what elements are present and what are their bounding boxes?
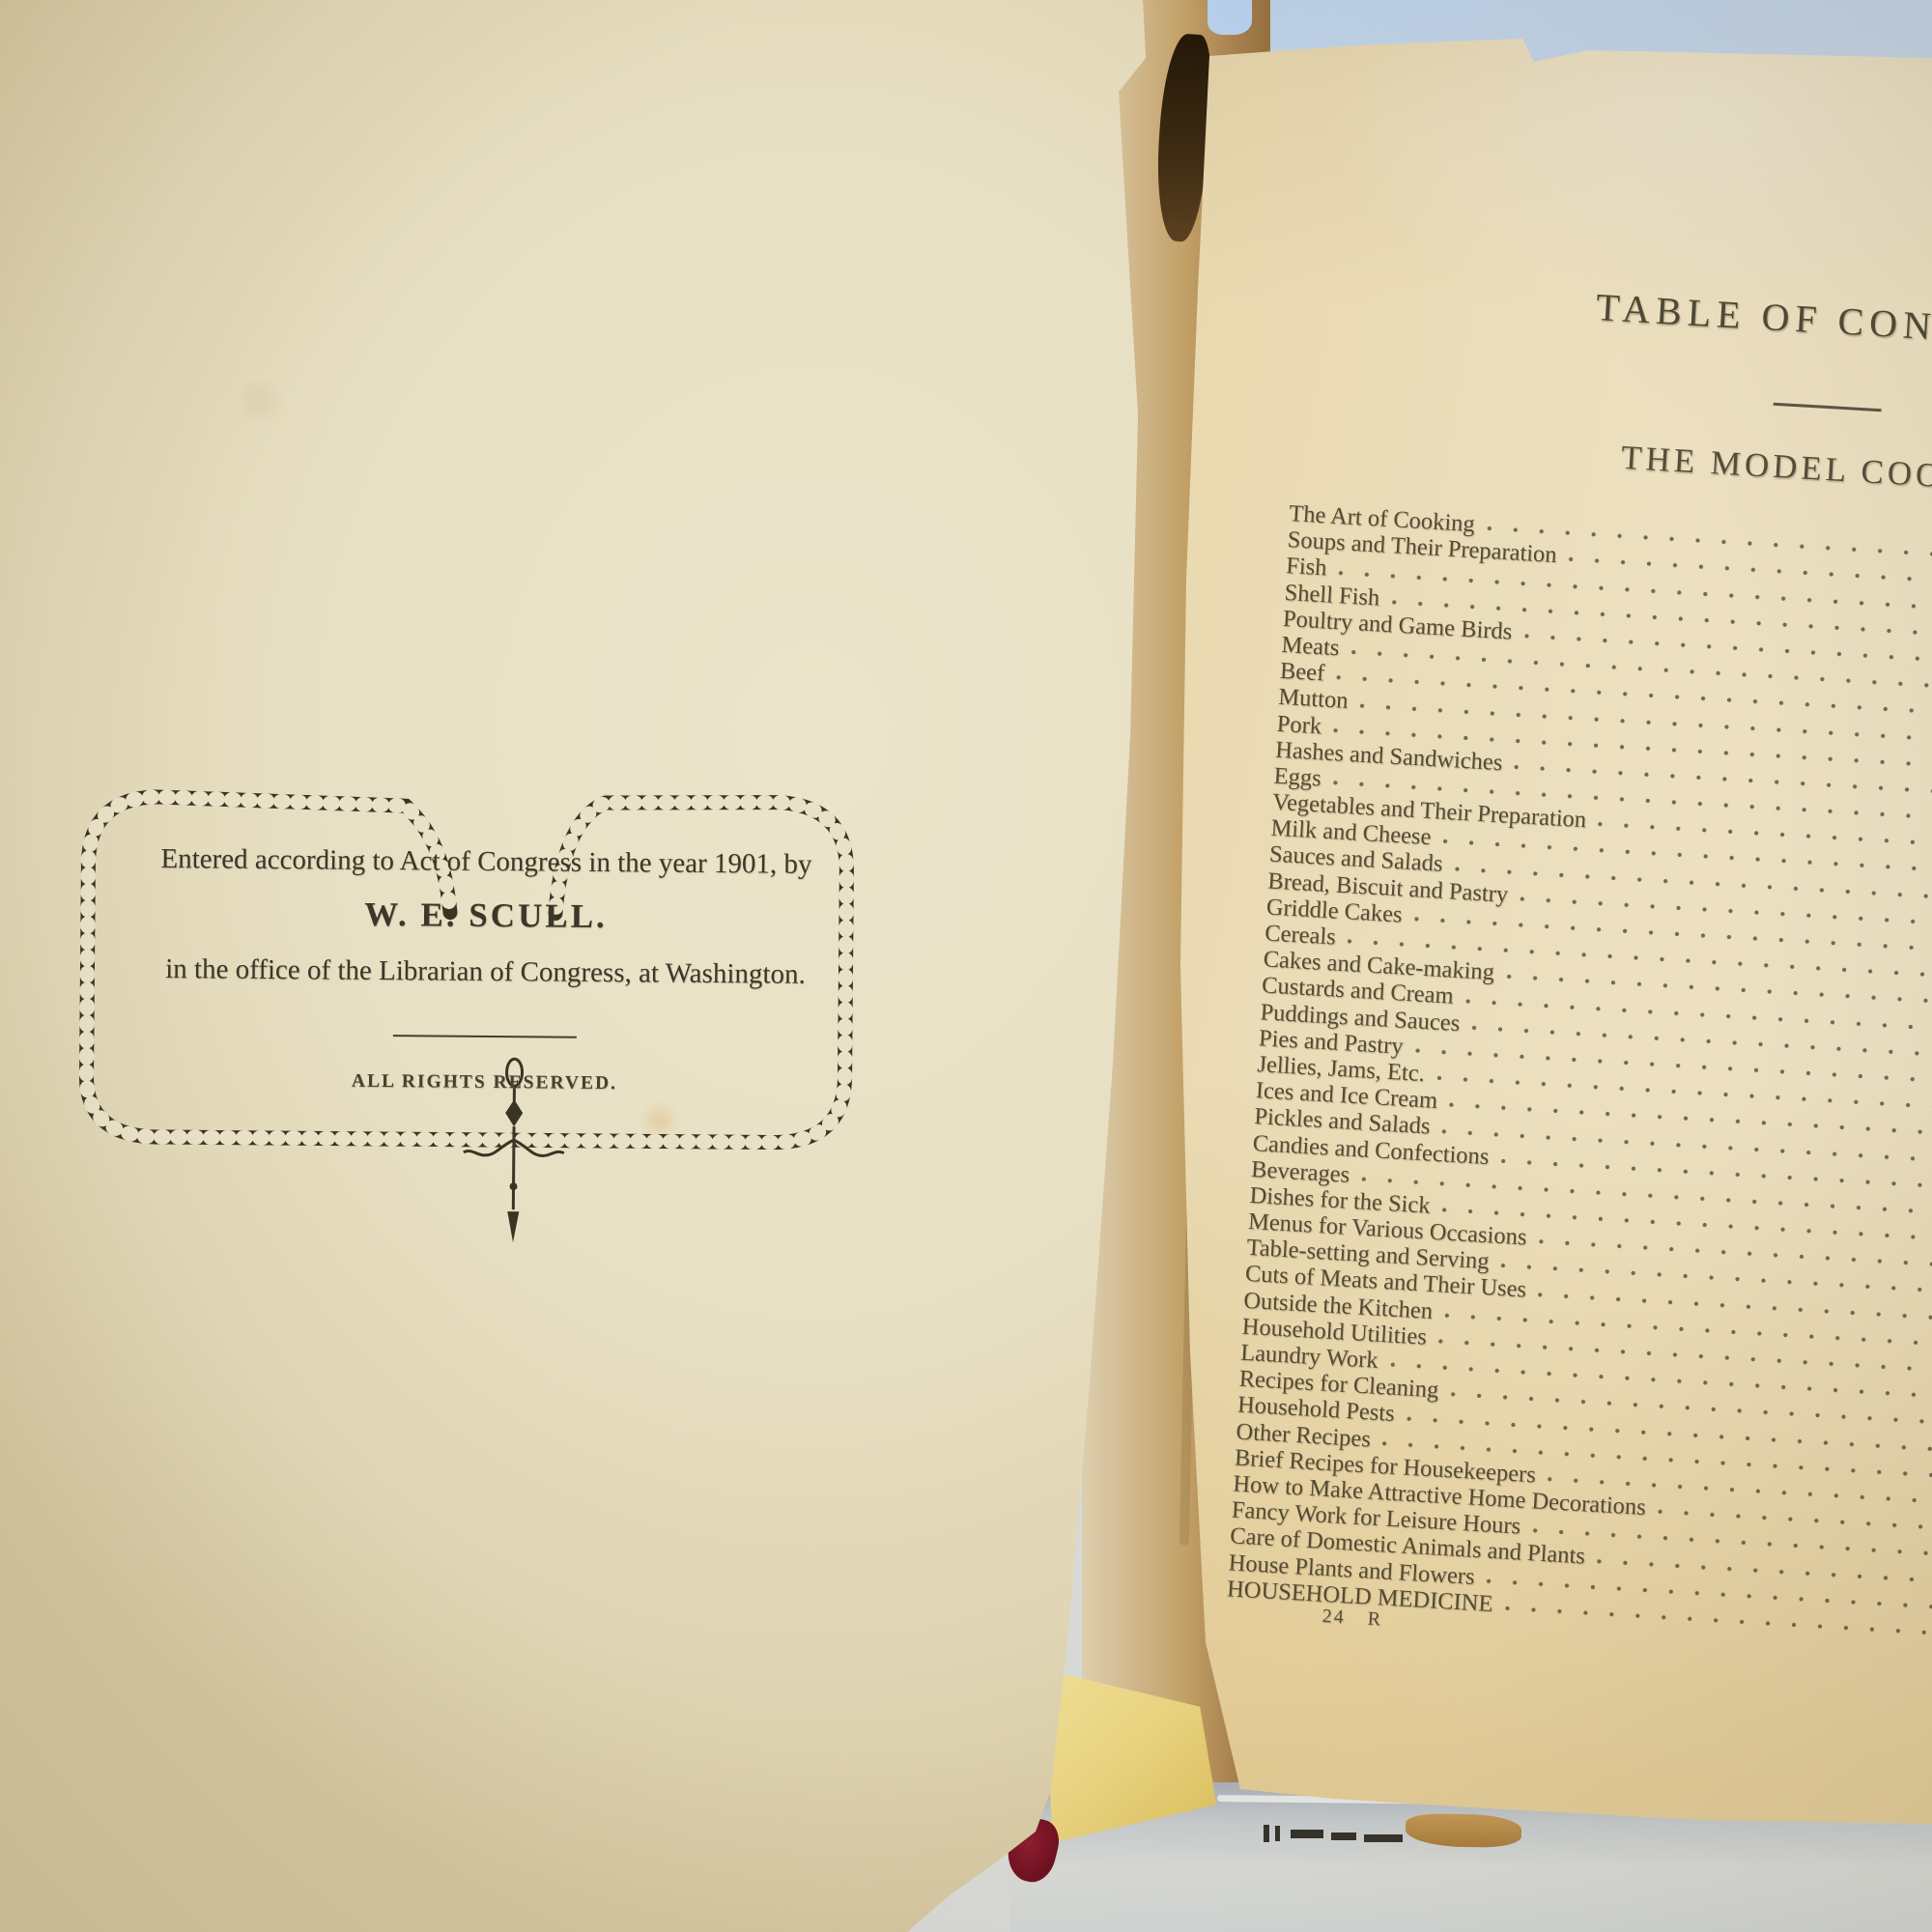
toc-entry-label: Beef (1279, 658, 1325, 688)
right-page-content: TABLE OF CONT THE MODEL COOK The Art of … (1024, 246, 1932, 1812)
toc-entry-label: Pork (1276, 710, 1322, 740)
laurel-chain-frame (56, 750, 930, 1298)
under-page-print-marks (1264, 1821, 1408, 1844)
copyright-block: Entered according to Act of Congress in … (56, 750, 930, 1298)
title-divider-rule (1774, 403, 1882, 412)
toc-title: TABLE OF CONT (1595, 284, 1932, 351)
foxing-stain (232, 377, 290, 425)
toc-entry-label: Fish (1285, 553, 1327, 582)
toc-subtitle: THE MODEL COOK (1620, 439, 1932, 497)
toc-entry-label: Eggs (1273, 763, 1322, 793)
signature-mark: 24 R (1321, 1605, 1383, 1632)
toc-list: The Art of CookingSoups and Their Prepar… (1226, 500, 1932, 1660)
book-photo: TABLE OF CONT THE MODEL COOK The Art of … (0, 0, 1932, 1932)
copyright-line-1: Entered according to Act of Congress in … (148, 843, 824, 881)
toc-dot-leader (1504, 1605, 1932, 1656)
spine-gap-background (1207, 0, 1252, 35)
copyright-line-3: in the office of the Librarian of Congre… (147, 953, 823, 991)
copyright-holder: W. E. SCULL. (148, 894, 824, 938)
